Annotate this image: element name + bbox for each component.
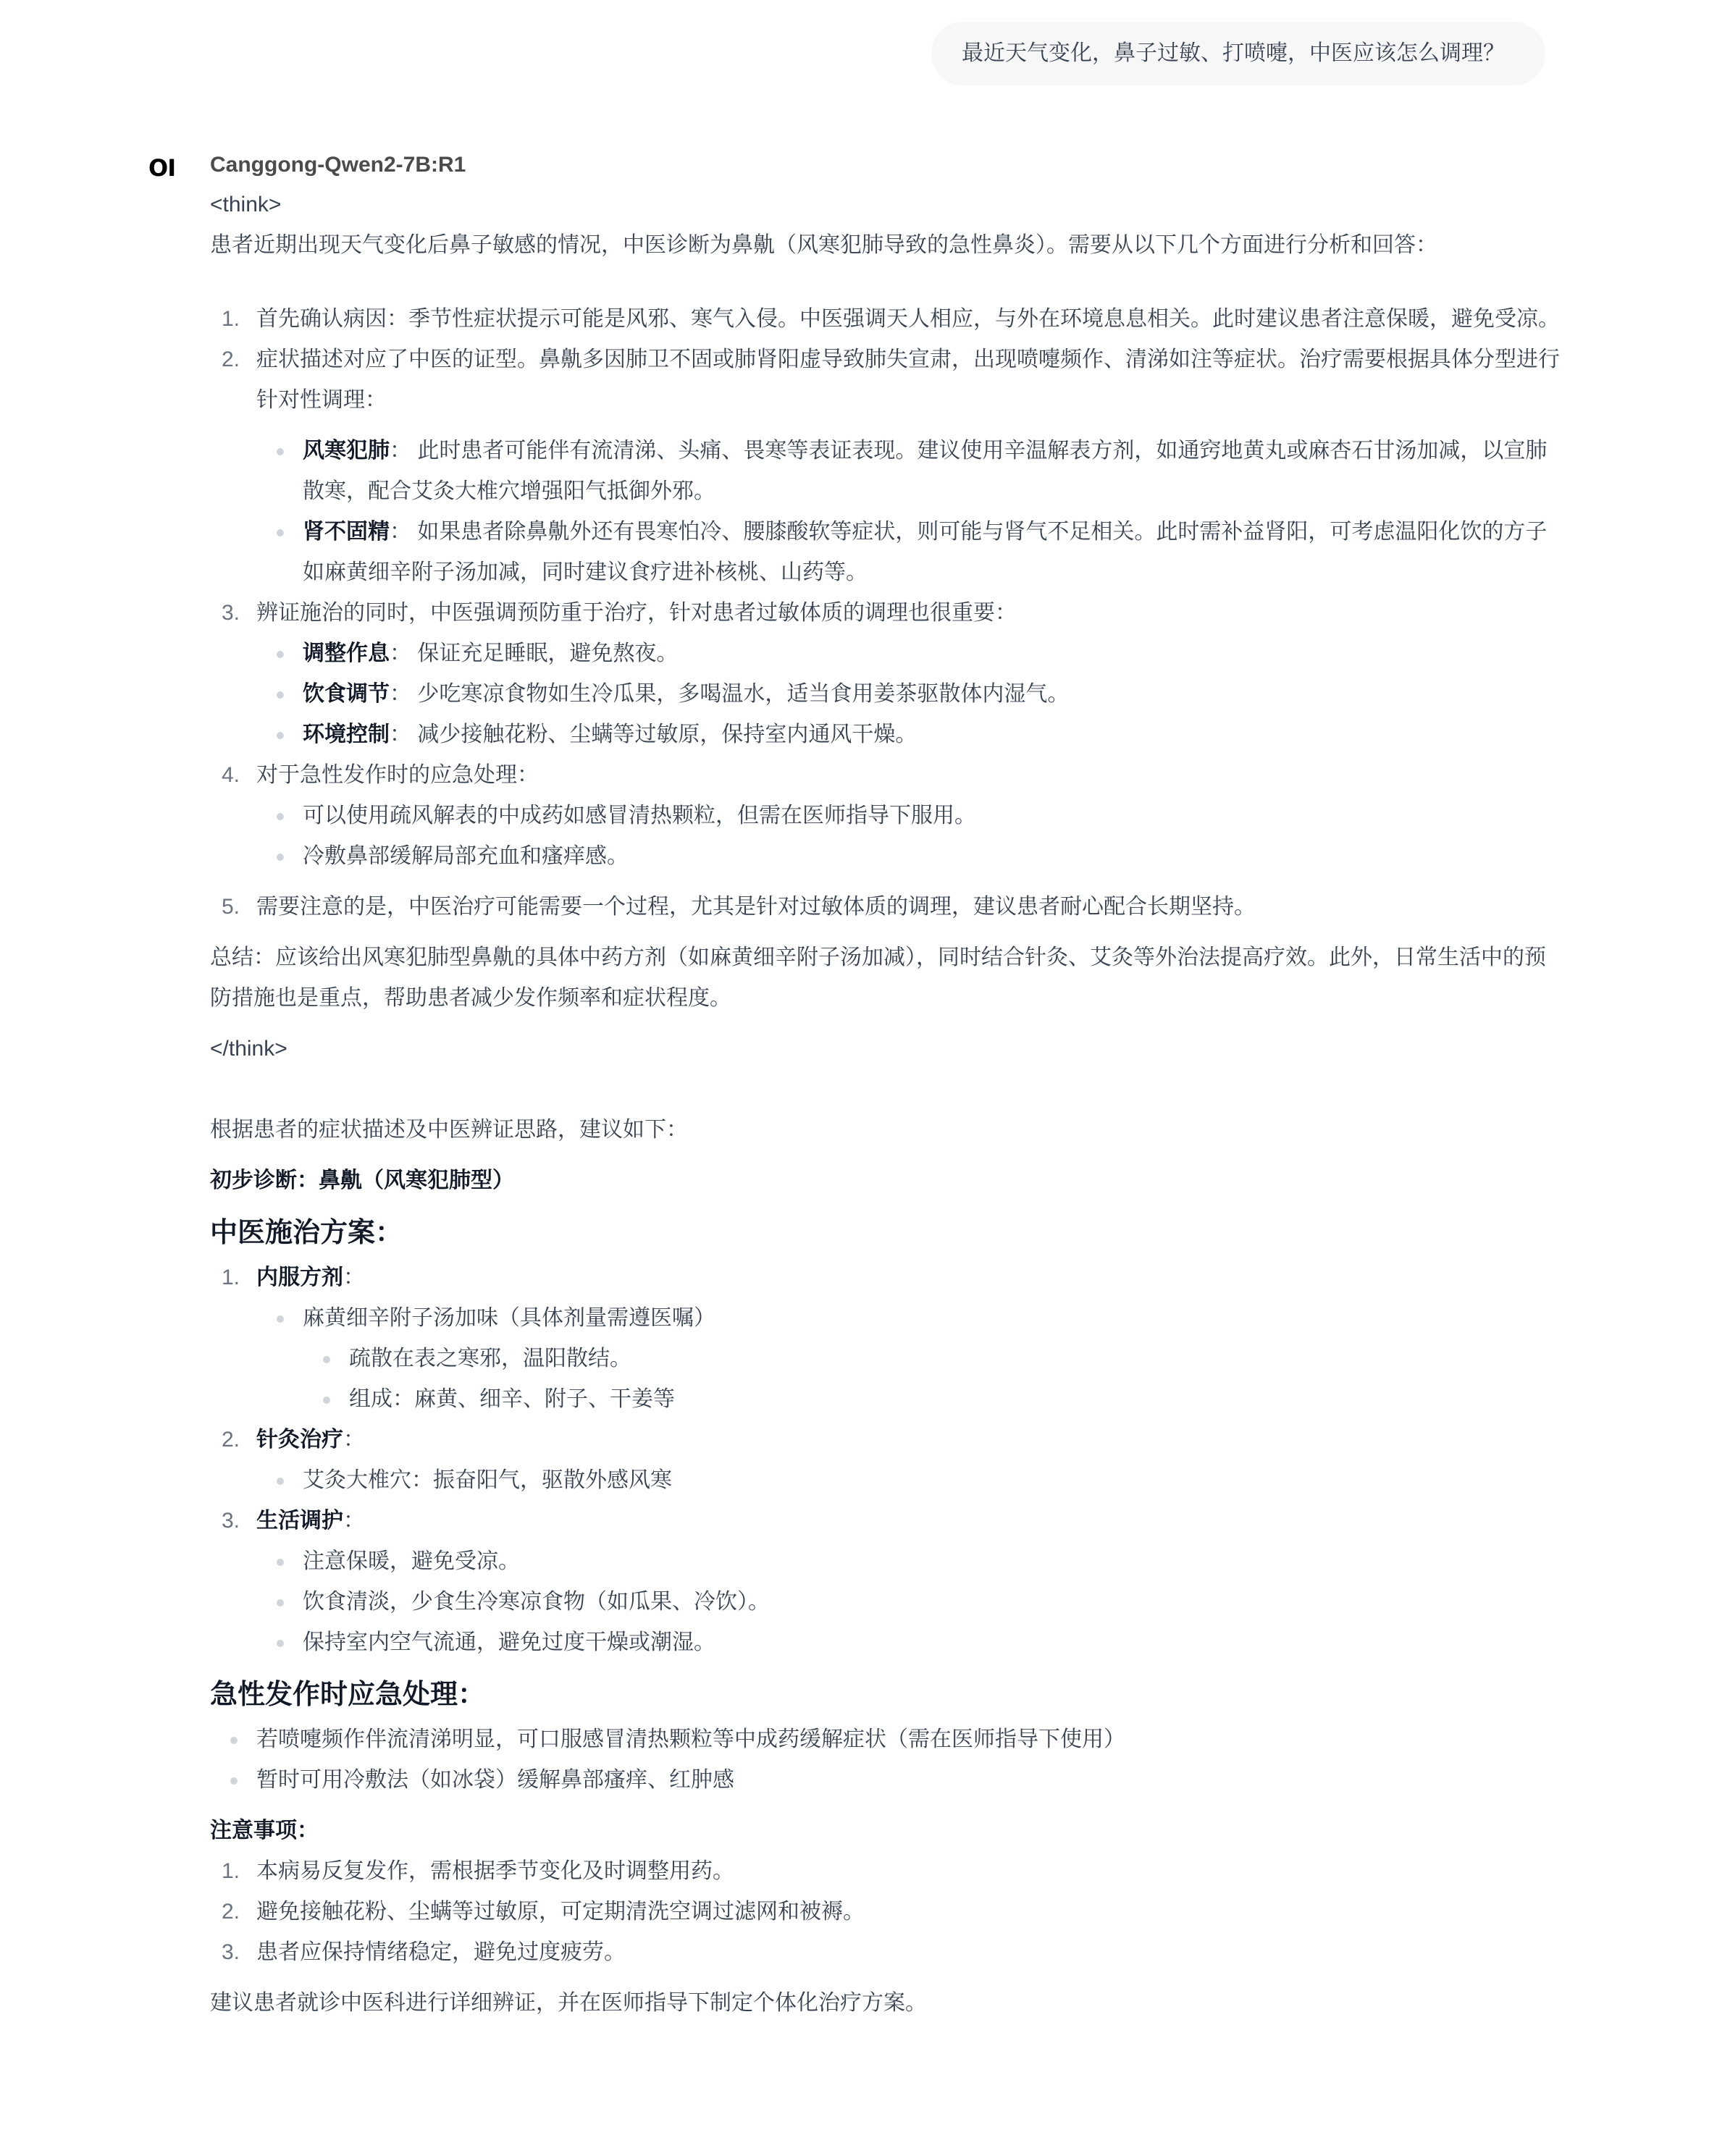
bullet-icon [277,1640,284,1647]
bullet-icon [277,813,284,820]
emergency-heading: 急性发作时应急处理： [210,1673,1564,1717]
assistant-content: Canggong-Qwen2-7B:R1 <think> 患者近期出现天气变化后… [210,148,1564,2024]
plan-item: 1. 内服方剂： 麻黄细辛附子汤加味（具体剂量需遵医嘱） 疏散在表之寒邪，温阳散… [210,1258,1564,1420]
bullet-icon [277,1599,284,1607]
think-subitem: 肾不固精： 如果患者除鼻鼽外还有畏寒怕冷、腰膝酸软等症状，则可能与肾气不足相关。… [256,512,1564,593]
bullet-icon [277,1559,284,1566]
bullet-icon [277,448,284,455]
bullet-icon [277,732,284,739]
plan-sublist: 注意保暖，避免受凉。 饮食清淡，少食生冷寒凉食物（如瓜果、冷饮）。 保持室内空气… [256,1541,1564,1663]
bullet-icon [323,1356,330,1363]
think-close-tag: </think> [210,1029,1564,1069]
think-subitem: 冷敷鼻部缓解局部充血和瘙痒感。 [256,836,1564,877]
plan-heading: 中医施治方案： [210,1211,1564,1255]
emergency-item: 暂时可用冷敷法（如冰袋）缓解鼻部瘙痒、红肿感 [210,1760,1564,1801]
think-item: 1. 首先确认病因：季节性症状提示可能是风邪、寒气入侵。中医强调天人相应，与外在… [210,299,1564,340]
closing-text: 建议患者就诊中医科进行详细辨证，并在医师指导下制定个体化治疗方案。 [210,1983,1564,2024]
model-avatar-icon: OI [148,154,175,182]
think-open-tag: <think> [210,185,1564,225]
bullet-icon [277,1315,284,1323]
user-message-bubble: 最近天气变化，鼻子过敏、打喷嚏，中医应该怎么调理？ [931,22,1545,85]
think-sublist: 风寒犯肺： 此时患者可能伴有流清涕、头痛、畏寒等表证表现。建议使用辛温解表方剂，… [256,431,1564,593]
bullet-icon [277,1478,284,1485]
plan-item: 2. 针灸治疗： 艾灸大椎穴：振奋阳气，驱散外感风寒 [210,1420,1564,1501]
think-sublist: 可以使用疏风解表的中成药如感冒清热颗粒，但需在医师指导下服用。 冷敷鼻部缓解局部… [256,796,1564,877]
user-message-row: 最近天气变化，鼻子过敏、打喷嚏，中医应该怎么调理？ [931,22,1545,85]
notes-list: 1. 本病易反复发作，需根据季节变化及时调整用药。 2. 避免接触花粉、尘螨等过… [210,1851,1564,1973]
think-subitem: 饮食调节： 少吃寒凉食物如生冷瓜果，多喝温水，适当食用姜茶驱散体内湿气。 [256,674,1564,715]
plan-subitem: 饮食清淡，少食生冷寒凉食物（如瓜果、冷饮）。 [256,1582,1564,1622]
think-list: 1. 首先确认病因：季节性症状提示可能是风邪、寒气入侵。中医强调天人相应，与外在… [210,299,1564,927]
bullet-icon [230,1777,238,1785]
plan-subsublist: 疏散在表之寒邪，温阳散结。 组成：麻黄、细辛、附子、干姜等 [303,1339,1564,1420]
think-subitem: 环境控制： 减少接触花粉、尘螨等过敏原，保持室内通风干燥。 [256,715,1564,755]
plan-subsubitem: 疏散在表之寒邪，温阳散结。 [303,1339,1564,1379]
think-item: 3. 辨证施治的同时，中医强调预防重于治疗，针对患者过敏体质的调理也很重要： 调… [210,593,1564,755]
plan-subsubitem: 组成：麻黄、细辛、附子、干姜等 [303,1379,1564,1420]
plan-subitem: 注意保暖，避免受凉。 [256,1541,1564,1582]
notes-item: 3. 患者应保持情绪稳定，避免过度疲劳。 [210,1932,1564,1973]
plan-sublist: 麻黄细辛附子汤加味（具体剂量需遵医嘱） 疏散在表之寒邪，温阳散结。 组成：麻黄、… [256,1298,1564,1420]
plan-list: 1. 内服方剂： 麻黄细辛附子汤加味（具体剂量需遵医嘱） 疏散在表之寒邪，温阳散… [210,1258,1564,1663]
plan-sublist: 艾灸大椎穴：振奋阳气，驱散外感风寒 [256,1460,1564,1501]
bullet-icon [277,651,284,658]
think-sublist: 调整作息： 保证充足睡眠，避免熬夜。 饮食调节： 少吃寒凉食物如生冷瓜果，多喝温… [256,633,1564,755]
plan-subitem: 艾灸大椎穴：振奋阳气，驱散外感风寒 [256,1460,1564,1501]
think-subitem: 调整作息： 保证充足睡眠，避免熬夜。 [256,633,1564,674]
notes-item: 2. 避免接触花粉、尘螨等过敏原，可定期清洗空调过滤网和被褥。 [210,1892,1564,1932]
plan-item: 3. 生活调护： 注意保暖，避免受凉。 饮食清淡，少食生冷寒凉食物（如瓜果、冷饮… [210,1501,1564,1663]
think-item: 5. 需要注意的是，中医治疗可能需要一个过程，尤其是针对过敏体质的调理，建议患者… [210,887,1564,927]
model-name: Canggong-Qwen2-7B:R1 [210,148,1564,182]
answer-intro: 根据患者的症状描述及中医辨证思路，建议如下： [210,1110,1564,1150]
think-item: 4. 对于急性发作时的应急处理： 可以使用疏风解表的中成药如感冒清热颗粒，但需在… [210,755,1564,877]
bullet-icon [323,1397,330,1404]
think-intro: 患者近期出现天气变化后鼻子敏感的情况，中医诊断为鼻鼽（风寒犯肺导致的急性鼻炎）。… [210,225,1564,266]
think-summary: 总结：应该给出风寒犯肺型鼻鼽的具体中药方剂（如麻黄细辛附子汤加减），同时结合针灸… [210,938,1564,1019]
bullet-icon [277,854,284,861]
notes-item: 1. 本病易反复发作，需根据季节变化及时调整用药。 [210,1851,1564,1892]
emergency-list: 若喷嚏频作伴流清涕明显，可口服感冒清热颗粒等中成药缓解症状（需在医师指导下使用）… [210,1719,1564,1801]
bullet-icon [277,691,284,699]
notes-heading: 注意事项： [210,1811,1564,1851]
emergency-item: 若喷嚏频作伴流清涕明显，可口服感冒清热颗粒等中成药缓解症状（需在医师指导下使用） [210,1719,1564,1760]
bullet-icon [230,1737,238,1744]
bullet-icon [277,529,284,536]
think-subitem: 可以使用疏风解表的中成药如感冒清热颗粒，但需在医师指导下服用。 [256,796,1564,836]
diagnosis: 初步诊断：鼻鼽（风寒犯肺型） [210,1161,1564,1201]
think-subitem: 风寒犯肺： 此时患者可能伴有流清涕、头痛、畏寒等表证表现。建议使用辛温解表方剂，… [256,431,1564,512]
plan-subitem: 保持室内空气流通，避免过度干燥或潮湿。 [256,1622,1564,1663]
plan-subitem: 麻黄细辛附子汤加味（具体剂量需遵医嘱） 疏散在表之寒邪，温阳散结。 组成：麻黄、… [256,1298,1564,1420]
think-item: 2. 症状描述对应了中医的证型。鼻鼽多因肺卫不固或肺肾阳虚导致肺失宣肃，出现喷嚏… [210,340,1564,593]
